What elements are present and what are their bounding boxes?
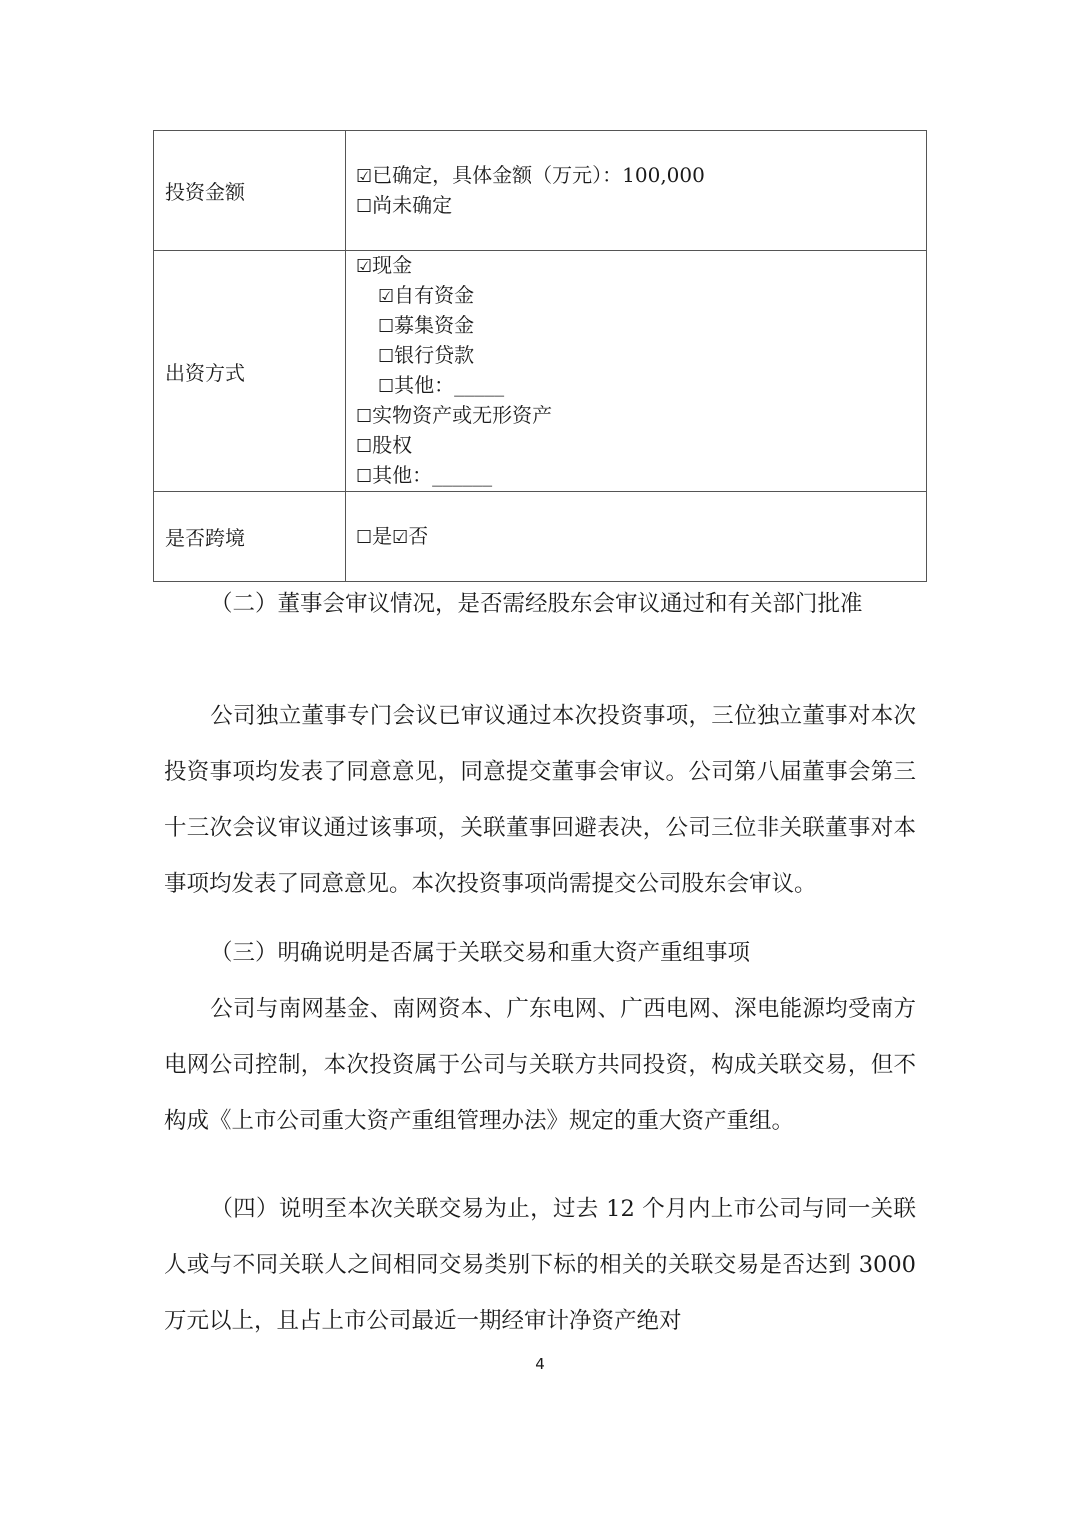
unchecked-checkbox-icon: ☐: [378, 373, 394, 401]
section-2-heading: （二）董事会审议情况，是否需经股东会审议通过和有关部门批准: [164, 576, 916, 632]
option-line: ☐尚未确定: [356, 191, 926, 221]
checked-checkbox-icon: ☑: [356, 253, 372, 281]
option-text: 已确定，具体金额（万元）：100,000: [372, 163, 705, 187]
body-text: （四）说明至本次关联交易为止，过去 12 个月内上市公司与同一关联人或与不同关联…: [164, 1196, 916, 1334]
unchecked-checkbox-icon: ☐: [356, 524, 372, 552]
page-number: 4: [0, 1355, 1080, 1373]
unchecked-checkbox-icon: ☐: [356, 433, 372, 461]
option-text: 募集资金: [394, 313, 474, 337]
heading-text: （二）董事会审议情况，是否需经股东会审议通过和有关部门批准: [210, 591, 863, 617]
option-text: 现金: [372, 253, 412, 277]
body-text: 公司独立董事专门会议已审议通过本次投资事项，三位独立董事对本次投资事项均发表了同…: [164, 703, 916, 897]
checked-checkbox-icon: ☑: [356, 163, 372, 191]
option-line: ☑现金: [356, 251, 926, 281]
row-value: ☑已确定，具体金额（万元）：100,000 ☐尚未确定: [346, 131, 927, 251]
unchecked-checkbox-icon: ☐: [356, 193, 372, 221]
body-text: 公司与南网基金、南网资本、广东电网、广西电网、深电能源均受南方电网公司控制，本次…: [164, 996, 916, 1134]
option-line: ☐股权: [356, 431, 926, 461]
option-text-no: 否: [408, 524, 428, 548]
unchecked-checkbox-icon: ☐: [378, 313, 394, 341]
option-text: 实物资产或无形资产: [372, 403, 552, 427]
row-label: 出资方式: [154, 251, 346, 492]
investment-info-table: 投资金额 ☑已确定，具体金额（万元）：100,000 ☐尚未确定 出资方式 ☑现…: [153, 130, 927, 582]
option-text: 其他：_____: [394, 373, 504, 397]
section-2-body: 公司独立董事专门会议已审议通过本次投资事项，三位独立董事对本次投资事项均发表了同…: [164, 688, 916, 912]
option-text-yes: 是: [372, 524, 392, 548]
document-page: 投资金额 ☑已确定，具体金额（万元）：100,000 ☐尚未确定 出资方式 ☑现…: [0, 0, 1080, 1527]
option-line: ☐银行贷款: [356, 341, 926, 371]
option-line: ☑已确定，具体金额（万元）：100,000: [356, 161, 926, 191]
option-line: ☐实物资产或无形资产: [356, 401, 926, 431]
option-text: 其他：______: [372, 463, 492, 487]
table-row-investment-amount: 投资金额 ☑已确定，具体金额（万元）：100,000 ☐尚未确定: [154, 131, 927, 251]
unchecked-checkbox-icon: ☐: [356, 403, 372, 431]
option-text: 尚未确定: [372, 193, 452, 217]
checked-checkbox-icon: ☑: [392, 524, 408, 552]
option-line: ☐其他：_____: [356, 371, 926, 401]
section-3-heading: （三）明确说明是否属于关联交易和重大资产重组事项: [164, 925, 916, 981]
section-4-body: （四）说明至本次关联交易为止，过去 12 个月内上市公司与同一关联人或与不同关联…: [164, 1181, 916, 1349]
option-text: 银行贷款: [394, 343, 474, 367]
option-line: ☑自有资金: [356, 281, 926, 311]
heading-text: （三）明确说明是否属于关联交易和重大资产重组事项: [210, 940, 750, 966]
option-line: ☐募集资金: [356, 311, 926, 341]
option-text: 股权: [372, 433, 412, 457]
row-label: 投资金额: [154, 131, 346, 251]
unchecked-checkbox-icon: ☐: [356, 463, 372, 491]
row-value: ☐是☑否: [346, 492, 927, 582]
option-text: 自有资金: [394, 283, 474, 307]
row-label: 是否跨境: [154, 492, 346, 582]
option-line: ☐其他：______: [356, 461, 926, 491]
table-row-cross-border: 是否跨境 ☐是☑否: [154, 492, 927, 582]
section-3-body: 公司与南网基金、南网资本、广东电网、广西电网、深电能源均受南方电网公司控制，本次…: [164, 981, 916, 1149]
unchecked-checkbox-icon: ☐: [378, 343, 394, 371]
checked-checkbox-icon: ☑: [378, 283, 394, 311]
row-value: ☑现金 ☑自有资金 ☐募集资金 ☐银行贷款 ☐其他：_____ ☐实物资产或无形…: [346, 251, 927, 492]
table-row-funding-method: 出资方式 ☑现金 ☑自有资金 ☐募集资金 ☐银行贷款 ☐其他：_____ ☐实物…: [154, 251, 927, 492]
option-line: ☐是☑否: [356, 522, 926, 552]
